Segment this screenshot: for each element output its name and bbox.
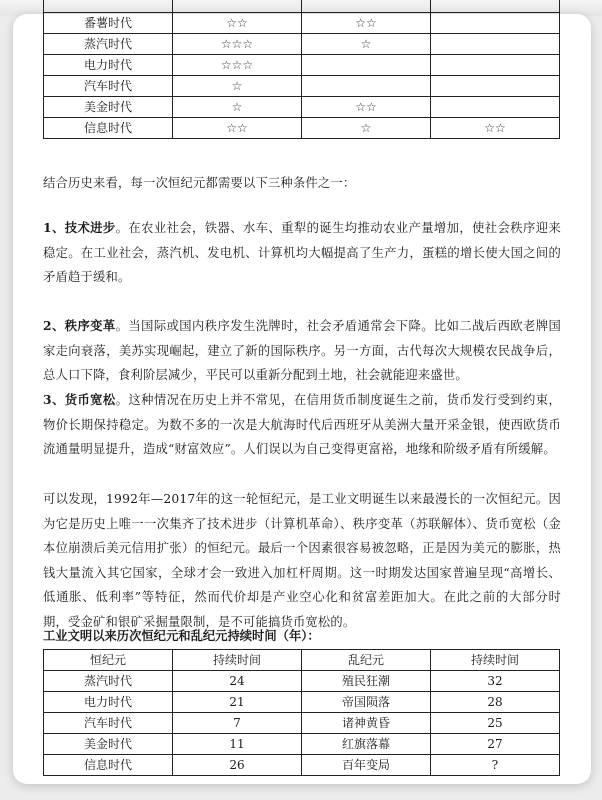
star-rating — [431, 34, 560, 55]
condition-1-title: 1、技术进步 — [43, 220, 116, 235]
star-rating — [431, 97, 560, 118]
duration-table-caption: 工业文明以来历次恒纪元和乱纪元持续时间（年）： — [43, 626, 320, 644]
star-rating: ☆ — [173, 76, 302, 97]
table-cell: 汽车时代 — [44, 713, 173, 734]
star-rating: ☆☆☆ — [173, 55, 302, 76]
table-row: 蒸汽时代 24 殖民狂潮 32 — [44, 671, 560, 692]
table-row-partial — [44, 0, 560, 13]
star-rating: ☆☆ — [173, 13, 302, 34]
table-cell: 百年变局 — [302, 755, 431, 776]
condition-2-title: 2、秩序变革 — [43, 318, 116, 333]
star-rating — [302, 55, 431, 76]
condition-1-paragraph: 1、技术进步。在农业社会，铁器、水车、重犁的诞生均推动农业产量增加，使社会秩序迎… — [43, 216, 561, 290]
table-cell: 7 — [173, 713, 302, 734]
condition-2-paragraph: 2、秩序变革。当国际或国内秩序发生洗牌时，社会矛盾通常会下降。比如二战后西欧老牌… — [43, 314, 561, 388]
star-rating: ☆☆ — [173, 118, 302, 139]
table-cell: 32 — [431, 671, 560, 692]
star-rating: ☆☆ — [302, 97, 431, 118]
condition-1-text: 。在农业社会，铁器、水车、重犁的诞生均推动农业产量增加，使社会秩序迎来稳定。在工… — [43, 221, 561, 284]
table-cell: 帝国陨落 — [302, 692, 431, 713]
table-cell: 24 — [173, 671, 302, 692]
table-cell: 殖民狂潮 — [302, 671, 431, 692]
intro-paragraph: 结合历史来看，每一次恒纪元都需要以下三种条件之一： — [43, 171, 561, 196]
star-rating — [431, 76, 560, 97]
table-cell: 26 — [173, 755, 302, 776]
era-duration-table: 恒纪元 持续时间 乱纪元 持续时间 蒸汽时代 24 殖民狂潮 32 电力时代 2… — [43, 649, 560, 776]
column-header: 乱纪元 — [302, 650, 431, 671]
era-name: 电力时代 — [44, 55, 173, 76]
table-cell: 21 — [173, 692, 302, 713]
condition-3-title: 3、货币宽松 — [43, 392, 116, 407]
era-name: 番薯时代 — [44, 13, 173, 34]
table-row: 汽车时代 7 诸神黄昏 25 — [44, 713, 560, 734]
star-rating — [431, 13, 560, 34]
table-cell: 蒸汽时代 — [44, 671, 173, 692]
star-rating — [431, 55, 560, 76]
era-name: 蒸汽时代 — [44, 34, 173, 55]
star-rating: ☆☆ — [302, 13, 431, 34]
column-header: 持续时间 — [431, 650, 560, 671]
star-rating: ☆☆ — [431, 118, 560, 139]
star-rating — [302, 76, 431, 97]
table-cell: 信息时代 — [44, 755, 173, 776]
column-header: 持续时间 — [173, 650, 302, 671]
table-row: 汽车时代 ☆ — [44, 76, 560, 97]
condition-3-paragraph: 3、货币宽松。这种情况在历史上并不常见，在信用货币制度诞生之前，货币发行受到约束… — [43, 388, 561, 462]
condition-2-text: 。当国际或国内秩序发生洗牌时，社会矛盾通常会下降。比如二战后西欧老牌国家走向衰落… — [43, 319, 561, 382]
table-row: 信息时代 26 百年变局 ? — [44, 755, 560, 776]
table-cell — [44, 0, 173, 13]
star-rating: ☆☆☆ — [173, 34, 302, 55]
star-rating: ☆ — [173, 97, 302, 118]
table-cell — [302, 0, 431, 13]
column-header: 恒纪元 — [44, 650, 173, 671]
table-cell: 诸神黄昏 — [302, 713, 431, 734]
star-rating: ☆ — [302, 34, 431, 55]
table-header-row: 恒纪元 持续时间 乱纪元 持续时间 — [44, 650, 560, 671]
table-cell: 红旗落幕 — [302, 734, 431, 755]
table-cell: ? — [431, 755, 560, 776]
table-row: 信息时代 ☆☆ ☆ ☆☆ — [44, 118, 560, 139]
table-row: 番薯时代 ☆☆ ☆☆ — [44, 13, 560, 34]
table-cell: 11 — [173, 734, 302, 755]
era-name: 汽车时代 — [44, 76, 173, 97]
table-cell: 美金时代 — [44, 734, 173, 755]
table-row: 电力时代 ☆☆☆ — [44, 55, 560, 76]
table-cell: 27 — [431, 734, 560, 755]
table-cell: 28 — [431, 692, 560, 713]
table-row: 电力时代 21 帝国陨落 28 — [44, 692, 560, 713]
table-cell: 电力时代 — [44, 692, 173, 713]
table-row: 美金时代 11 红旗落幕 27 — [44, 734, 560, 755]
era-name: 信息时代 — [44, 118, 173, 139]
conclusion-paragraph: 可以发现，1992年—2017年的这一轮恒纪元，是工业文明诞生以来最漫长的一次恒… — [43, 487, 561, 634]
table-cell: 25 — [431, 713, 560, 734]
condition-3-text: 。这种情况在历史上并不常见，在信用货币制度诞生之前，货币发行受到约束，物价长期保… — [43, 393, 561, 456]
table-cell — [431, 0, 560, 13]
table-row: 蒸汽时代 ☆☆☆ ☆ — [44, 34, 560, 55]
era-name: 美金时代 — [44, 97, 173, 118]
table-row: 美金时代 ☆ ☆☆ — [44, 97, 560, 118]
star-rating: ☆ — [302, 118, 431, 139]
era-rating-table: 番薯时代 ☆☆ ☆☆ 蒸汽时代 ☆☆☆ ☆ 电力时代 ☆☆☆ 汽车时代 ☆ 美金… — [43, 0, 560, 139]
table-cell — [173, 0, 302, 13]
